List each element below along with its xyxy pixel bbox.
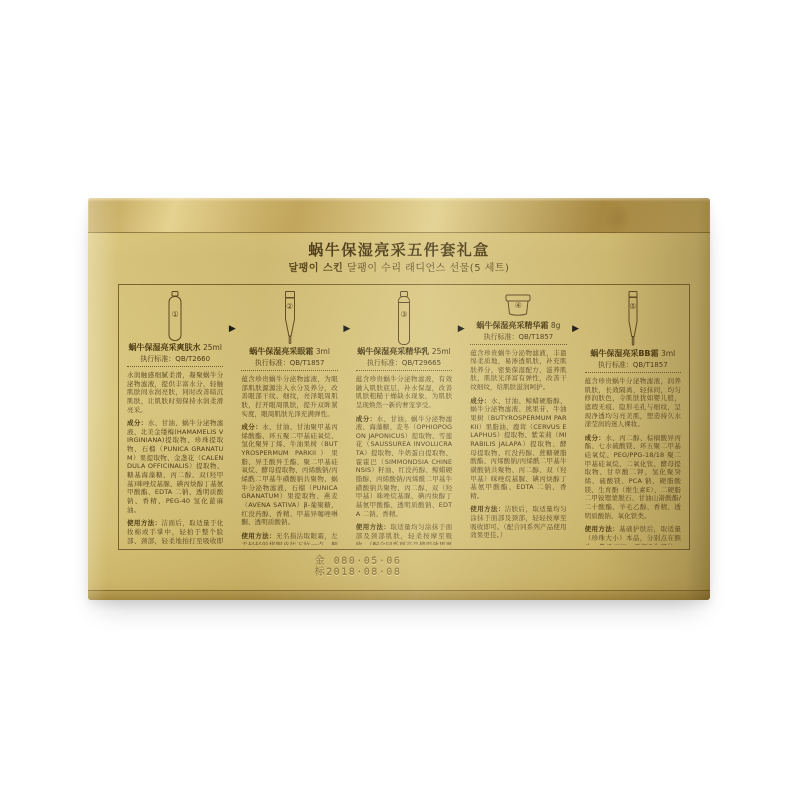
icon-area: ③	[356, 290, 452, 346]
product-column-eye-cream: ② 蜗牛保湿亮采眼霜 3ml 执行标准：QB/T1857 蕴含珍贵蜗牛分泌物滤液…	[241, 290, 337, 545]
product-column-bb-cream: ⑤ 蜗牛保湿亮采BB霜 3ml 执行标准：QB/T1857 蕴含珍贵蜗牛分泌物滤…	[585, 290, 681, 545]
box-bottom-flap	[88, 590, 710, 600]
product-column-essence-cream: ④ 蜗牛保湿亮采精华霜 8g 执行标准：QB/T1857 蕴含珍贵蜗牛分泌物滤液…	[470, 290, 566, 545]
product-title: 蜗牛保湿亮采五件套礼盒	[88, 239, 710, 260]
product-description: 水润触感细腻柔滑，凝聚蜗牛分泌物滤液，提供丰富水分，轻触肌肤间水润亮肤，同时改善…	[127, 371, 223, 414]
dotted-divider	[127, 366, 223, 367]
info-panel: ① 蜗牛保湿亮采爽肤水 25ml 执行标准：QB/T2660 水润触感细腻柔滑，…	[118, 284, 690, 550]
icon-area: ①	[127, 290, 223, 342]
product-standard: 执行标准：QB/T29665	[356, 358, 452, 368]
step-arrow-cell: ▶	[341, 290, 353, 545]
batch-code-line2: 标2018·08·08	[238, 567, 478, 578]
product-ingredients: 成分：水、甘油、蜗牛分泌物滤液、北美金缕梅(HAMAMELIS VIRGINIA…	[127, 419, 223, 514]
product-description: 蕴含珍贵蜗牛分泌物滤液，有效融入肌肤底层，补水保湿，改善肌肤粗糙干燥缺水现象，为…	[356, 375, 452, 410]
icon-area: ⑤	[585, 290, 681, 348]
dotted-divider	[241, 370, 337, 371]
subtitle-bold-part: 달팽이 스킨	[289, 263, 344, 274]
eye-cream-tube-icon: ②	[280, 290, 300, 346]
product-name: 蜗牛保湿亮采精华乳 25ml	[356, 346, 452, 357]
product-volume: 8g	[551, 321, 561, 330]
ingredients-label: 成分：	[470, 397, 491, 405]
product-standard: 执行标准：QB/T1857	[585, 360, 681, 370]
usage-label: 使用方法：	[241, 532, 276, 540]
gift-box-back-panel: 蜗牛保湿亮采五件套礼盒 달팽이 스킨 달팽이 수리 래디언스 선물(5 세트) …	[88, 198, 710, 600]
product-volume: 25ml	[432, 347, 451, 356]
product-usage: 使用方法：基础护肤后，取适量（珍珠大小）本品，分别点在额头、鼻子下巴、两颊5个部…	[585, 525, 681, 545]
product-photo: 蜗牛保湿亮采五件套礼盒 달팽이 스킨 달팽이 수리 래디언스 선물(5 세트) …	[0, 0, 800, 800]
arrow-right-icon: ▶	[458, 324, 465, 334]
usage-label: 使用方法：	[470, 505, 505, 513]
arrow-right-icon: ▶	[572, 324, 579, 334]
dotted-divider	[585, 372, 681, 373]
cream-jar-icon: ④	[502, 291, 534, 319]
icon-area: ②	[241, 290, 337, 346]
product-ingredients: 成分：水、甘油、甘油聚甲基丙烯酸酯、环五聚二甲基硅氧烷、氢化聚异丁烯、牛油果树（…	[241, 423, 337, 527]
product-usage: 使用方法：洁面后，取适量于化妆棉或手掌中，轻拍于整个脸部、颈部，轻柔地拍打至吸收…	[127, 519, 223, 545]
ingredients-label: 成分：	[356, 415, 377, 423]
product-volume: 3ml	[661, 349, 675, 358]
ingredients-label: 成分：	[585, 434, 606, 442]
dotted-divider	[356, 370, 452, 371]
product-column-toner: ① 蜗牛保湿亮采爽肤水 25ml 执行标准：QB/T2660 水润触感细腻柔滑，…	[127, 290, 223, 545]
product-usage: 使用方法：取适量均匀涂抹于面部及颈部肌肤，轻柔按摩至吸收。（配合同系列产品使用效…	[356, 523, 452, 545]
product-description: 蕴含珍贵蜗牛分泌物滤液，为眼部肌肤源源注入水分及养分，改善眼部干纹、细纹，亮泽眼…	[241, 375, 337, 418]
step-number: ③	[400, 311, 407, 319]
icon-area: ④	[470, 290, 566, 320]
product-volume: 25ml	[203, 343, 222, 352]
step-number: ④	[515, 302, 522, 310]
product-columns-grid: ① 蜗牛保湿亮采爽肤水 25ml 执行标准：QB/T2660 水润触感细腻柔滑，…	[127, 290, 681, 545]
usage-label: 使用方法：	[585, 525, 620, 533]
ingredients-label: 成分：	[127, 419, 148, 427]
step-number: ②	[286, 303, 293, 311]
product-ingredients: 成分：水、丙二醇、棕榈酸异丙酯、七水硫酸镁、环五聚二甲基硅氧烷、PEG/PPG-…	[585, 434, 681, 520]
essence-bottle-icon: ③	[394, 290, 414, 346]
product-name: 蜗牛保湿亮采BB霜 3ml	[585, 348, 681, 359]
product-name: 蜗牛保湿亮采爽肤水 25ml	[127, 342, 223, 353]
product-ingredients: 成分：水、甘油、蜗牛分泌物滤液、海藻糖、麦冬（OPHIOPOGON JAPONI…	[356, 415, 452, 519]
dotted-divider	[470, 344, 566, 345]
step-number: ⑤	[629, 303, 636, 311]
step-arrow-cell: ▶	[570, 290, 582, 545]
box-top-flap	[88, 198, 710, 233]
usage-label: 使用方法：	[127, 519, 162, 527]
step-arrow-cell: ▶	[455, 290, 467, 545]
product-column-essence-lotion: ③ 蜗牛保湿亮采精华乳 25ml 执行标准：QB/T29665 蕴含珍贵蜗牛分泌…	[356, 290, 452, 545]
product-ingredients: 成分：水、甘油、鲸蜡硬脂醇、蜗牛分泌物滤液、熊果苷、牛油果树（BUTYROSPE…	[470, 397, 566, 501]
arrow-right-icon: ▶	[343, 324, 350, 334]
subtitle-rest-part: 달팽이 수리 래디언스 선물(5 세트)	[347, 263, 509, 274]
product-name: 蜗牛保湿亮采眼霜 3ml	[241, 346, 337, 357]
product-subtitle-korean: 달팽이 스킨 달팽이 수리 래디언스 선물(5 세트)	[88, 259, 710, 274]
arrow-right-icon: ▶	[229, 324, 236, 334]
bb-cream-tube-icon: ⑤	[623, 290, 643, 348]
ingredients-label: 成分：	[241, 423, 262, 431]
usage-label: 使用方法：	[356, 523, 391, 531]
batch-code-line1: 金 080·05·06	[238, 556, 478, 567]
embossed-batch-codes: 金 080·05·06 标2018·08·08	[238, 556, 478, 578]
toner-bottle-icon: ①	[165, 290, 185, 342]
product-volume: 3ml	[316, 347, 330, 356]
product-description: 蕴含珍贵蜗牛分泌物滤液，丰盈绵柔质地，易渗透肌肤，补充肌肤养分，密集保湿配方，滋…	[470, 349, 566, 392]
step-arrow-cell: ▶	[226, 290, 238, 545]
product-standard: 执行标准：QB/T1857	[241, 358, 337, 368]
product-usage: 使用方法：洁肤后，取适量均匀涂抹于面部及颈部，轻轻按摩至吸收即可。（配合同系列产…	[470, 505, 566, 540]
product-standard: 执行标准：QB/T2660	[127, 354, 223, 364]
product-usage: 使用方法：无名指沾取眼霜，左手轻轻的将眼皮往下拉一点，顺内眼角、上眼皮、眼尾、下…	[241, 532, 337, 545]
product-name: 蜗牛保湿亮采精华霜 8g	[470, 320, 566, 331]
step-number: ①	[172, 311, 179, 319]
product-description: 蕴含珍贵蜗牛分泌物滤液，润养肌肤，长效隔离，轻抹间，均匀修润肤色，令肌肤犹如婴儿…	[585, 377, 681, 429]
product-standard: 执行标准：QB/T1857	[470, 332, 566, 342]
